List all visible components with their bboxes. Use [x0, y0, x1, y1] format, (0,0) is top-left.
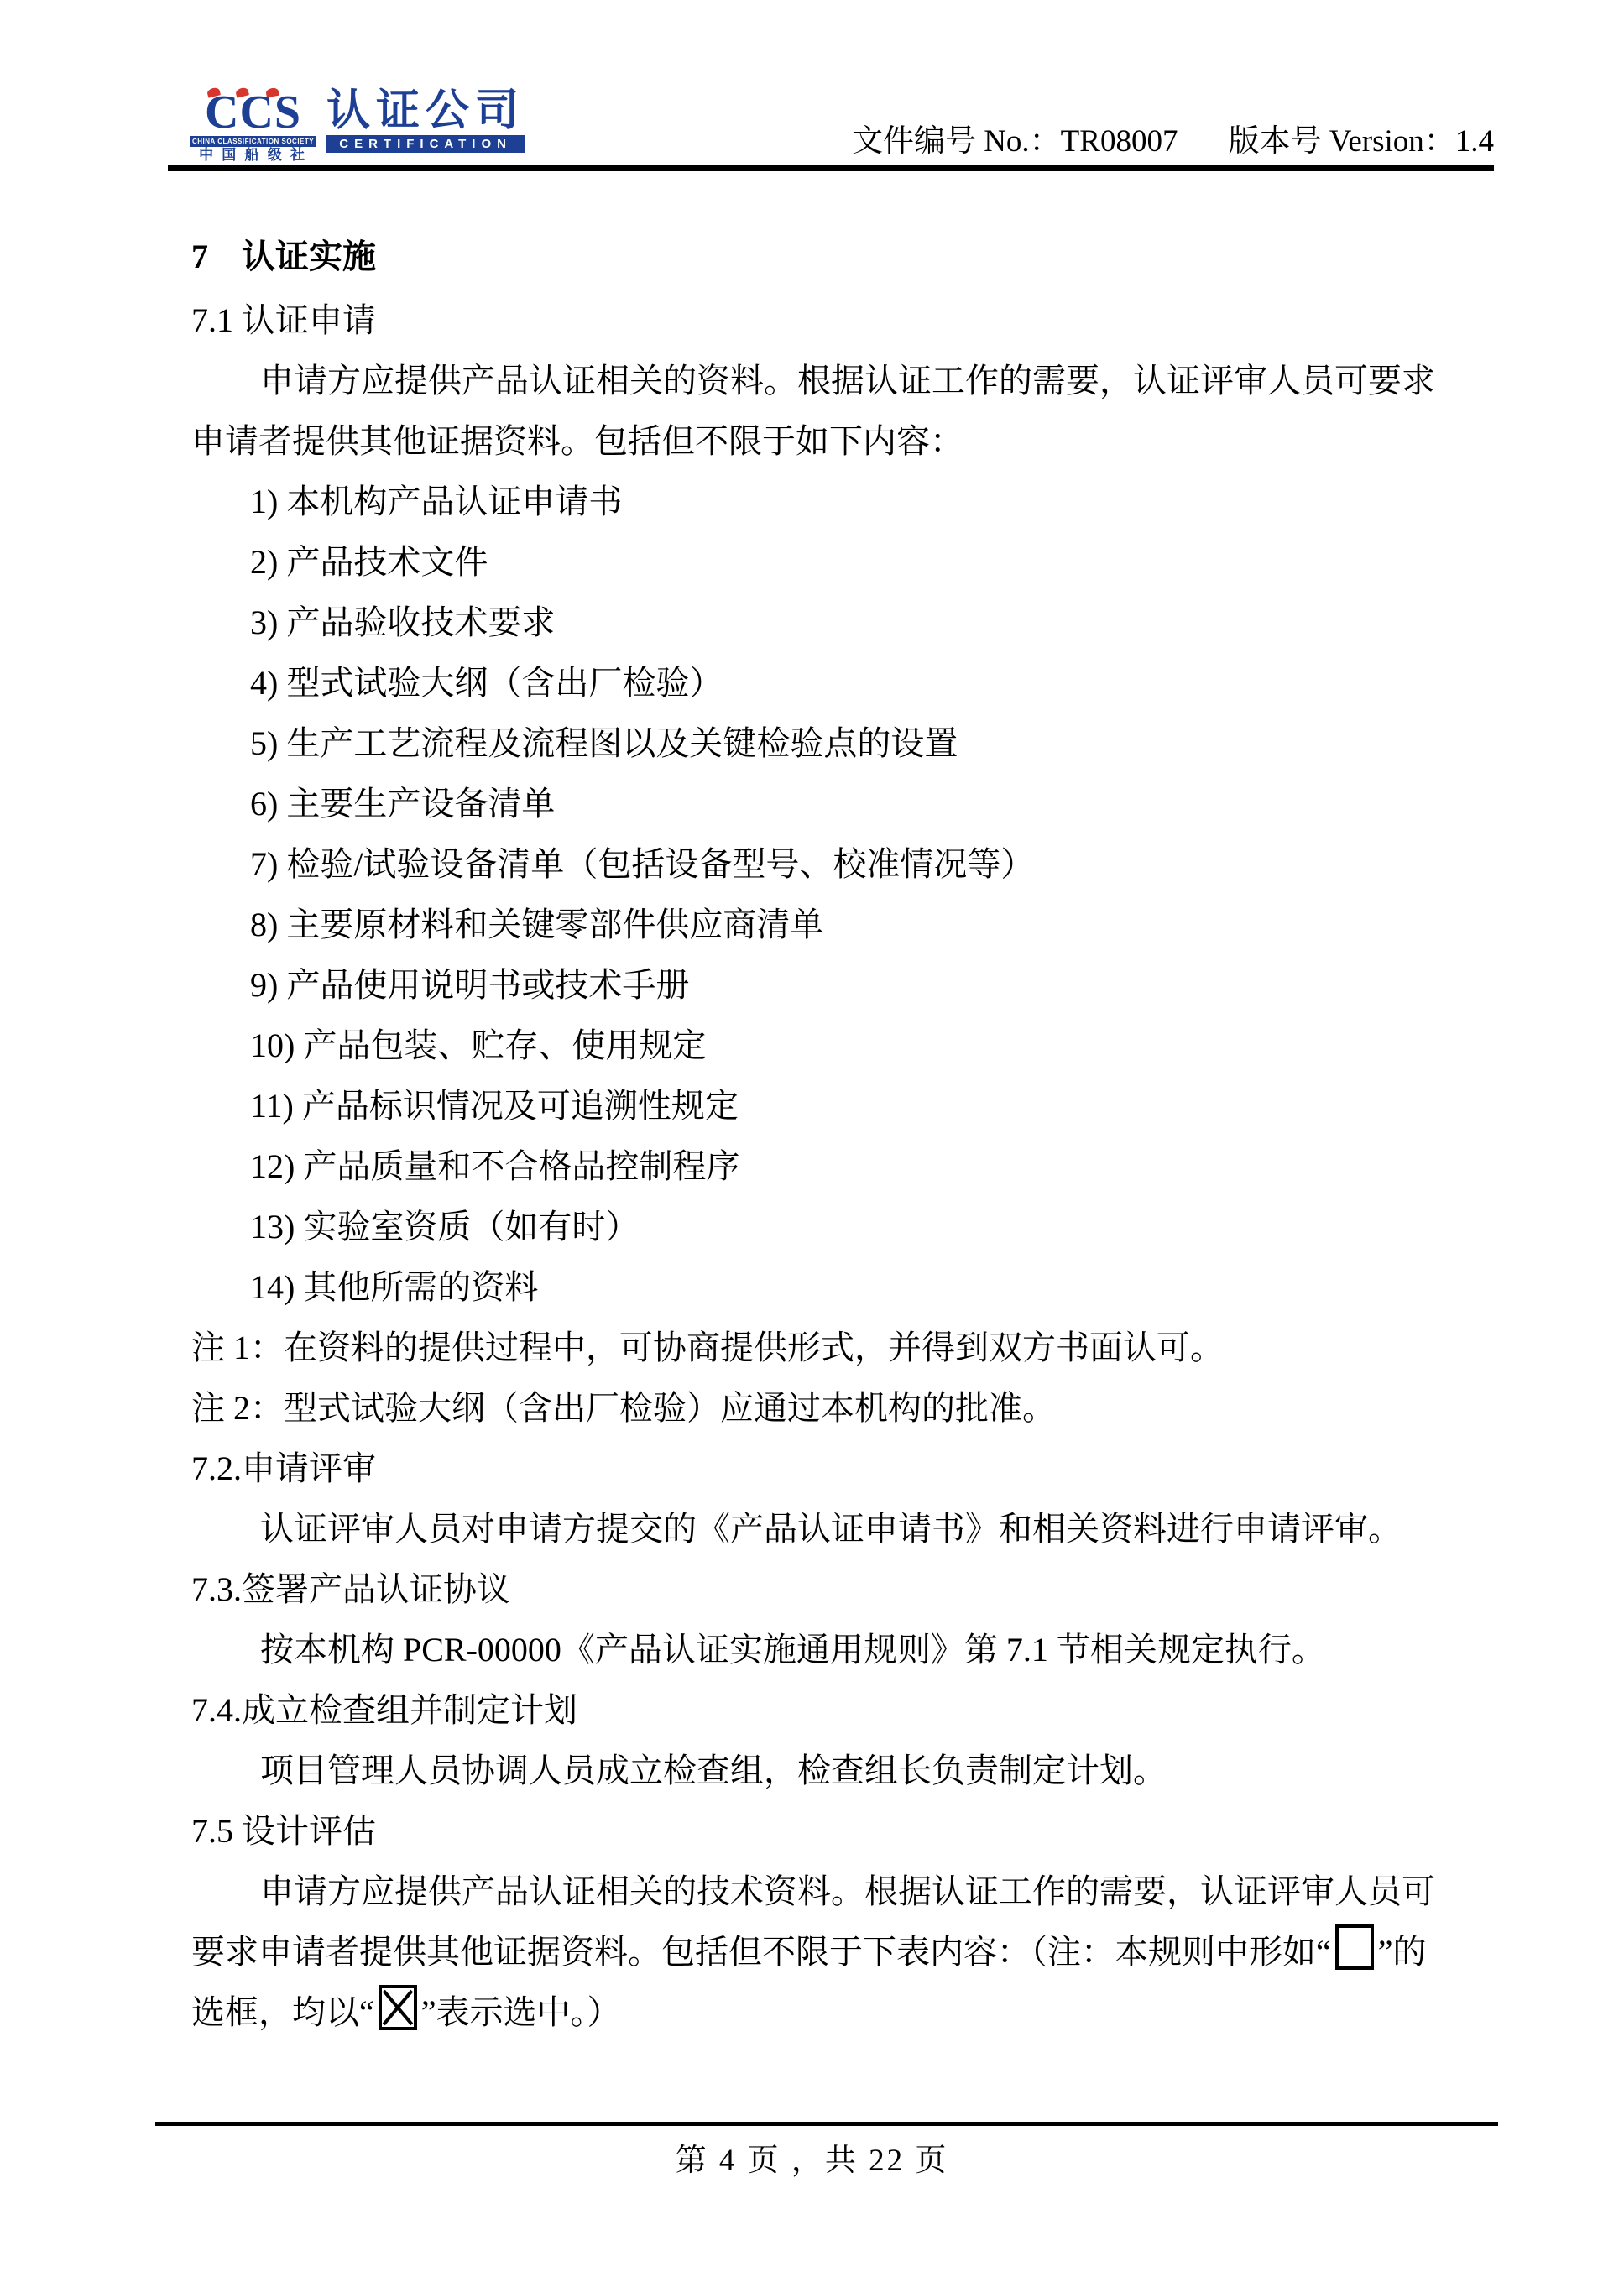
list-item: 13) 实验室资质（如有时） [191, 1197, 1477, 1257]
paragraph-line: 认证评审人员对申请方提交的《产品认证申请书》和相关资料进行申请评审。 [191, 1499, 1477, 1559]
paragraph-text: ”的 [1378, 1933, 1427, 1971]
chapter-heading: 7 认证实施 [191, 223, 1477, 290]
list-item: 6) 主要生产设备清单 [191, 774, 1477, 834]
ccs-logo: CCS CHINA CLASSIFICATION SOCIETY 中 国 船 级… [190, 91, 525, 165]
paragraph-text: 要求申请者提供其他证据资料。包括但不限于下表内容：（注：本规则中形如“ [191, 1933, 1331, 1971]
section-heading: 7.4.成立检查组并制定计划 [191, 1680, 1477, 1741]
society-name-cn: 中 国 船 级 社 [199, 147, 307, 163]
checkbox-unchecked-icon [1335, 1924, 1374, 1970]
paragraph-line: 按本机构 PCR-00000《产品认证实施通用规则》第 7.1 节相关规定执行。 [191, 1620, 1477, 1680]
list-item: 14) 其他所需的资料 [191, 1257, 1477, 1318]
list-item: 5) 生产工艺流程及流程图以及关键检验点的设置 [191, 713, 1477, 774]
note-line: 注 2：型式试验大纲（含出厂检验）应通过本机构的批准。 [191, 1378, 1477, 1439]
document-meta: 文件编号 No.：TR08007版本号 Version：1.4 [852, 126, 1494, 165]
paragraph-line-with-checkbox: 要求申请者提供其他证据资料。包括但不限于下表内容：（注：本规则中形如“”的 [191, 1922, 1477, 1982]
page-footer: 第 4 页 ，共 22 页 [0, 2122, 1624, 2180]
ccs-logo-right: 认证公司 CERTIFICATION [326, 91, 525, 153]
list-item: 8) 主要原材料和关键零部件供应商清单 [191, 895, 1477, 955]
section-heading: 7.3.签署产品认证协议 [191, 1559, 1477, 1620]
certification-banner: CERTIFICATION [326, 135, 525, 153]
document-page: CCS CHINA CLASSIFICATION SOCIETY 中 国 船 级… [0, 0, 1624, 2277]
list-item: 12) 产品质量和不合格品控制程序 [191, 1136, 1477, 1197]
ccs-mark: CCS [205, 91, 301, 134]
document-version: 版本号 Version：1.4 [1228, 124, 1494, 159]
list-item: 4) 型式试验大纲（含出厂检验） [191, 653, 1477, 713]
paragraph-line: 申请者提供其他证据资料。包括但不限于如下内容： [191, 411, 1477, 472]
note-line: 注 1：在资料的提供过程中，可协商提供形式，并得到双方书面认可。 [191, 1318, 1477, 1378]
company-name-cn: 认证公司 [326, 91, 525, 133]
document-number: 文件编号 No.：TR08007 [852, 124, 1178, 159]
paragraph-line: 申请方应提供产品认证相关的资料。根据认证工作的需要，认证评审人员可要求 [191, 351, 1477, 411]
paragraph-line-with-checkbox: 选框，均以“”表示选中。） [191, 1982, 1477, 2043]
section-heading: 7.2.申请评审 [191, 1439, 1477, 1499]
section-heading: 7.5 设计评估 [191, 1801, 1477, 1862]
list-item: 11) 产品标识情况及可追溯性规定 [191, 1076, 1477, 1136]
paragraph-line: 申请方应提供产品认证相关的技术资料。根据认证工作的需要，认证评审人员可 [191, 1862, 1477, 1922]
footer-rule [155, 2122, 1498, 2126]
list-item: 10) 产品包装、贮存、使用规定 [191, 1016, 1477, 1076]
document-body: 7 认证实施 7.1 认证申请 申请方应提供产品认证相关的资料。根据认证工作的需… [0, 171, 1624, 2043]
page-header: CCS CHINA CLASSIFICATION SOCIETY 中 国 船 级… [168, 0, 1494, 171]
list-item: 9) 产品使用说明书或技术手册 [191, 955, 1477, 1016]
list-item: 2) 产品技术文件 [191, 532, 1477, 593]
section-heading: 7.1 认证申请 [191, 290, 1477, 351]
list-item: 7) 检验/试验设备清单（包括设备型号、校准情况等） [191, 834, 1477, 895]
checkbox-checked-icon [379, 1985, 417, 2030]
ccs-logo-left: CCS CHINA CLASSIFICATION SOCIETY 中 国 船 级… [190, 91, 316, 163]
paragraph-text: ”表示选中。） [421, 1993, 621, 2031]
paragraph-line: 项目管理人员协调人员成立检查组，检查组长负责制定计划。 [191, 1741, 1477, 1801]
paragraph-text: 选框，均以“ [191, 1993, 374, 2031]
list-item: 3) 产品验收技术要求 [191, 593, 1477, 653]
list-item: 1) 本机构产品认证申请书 [191, 472, 1477, 532]
page-number: 第 4 页 ，共 22 页 [0, 2134, 1624, 2180]
